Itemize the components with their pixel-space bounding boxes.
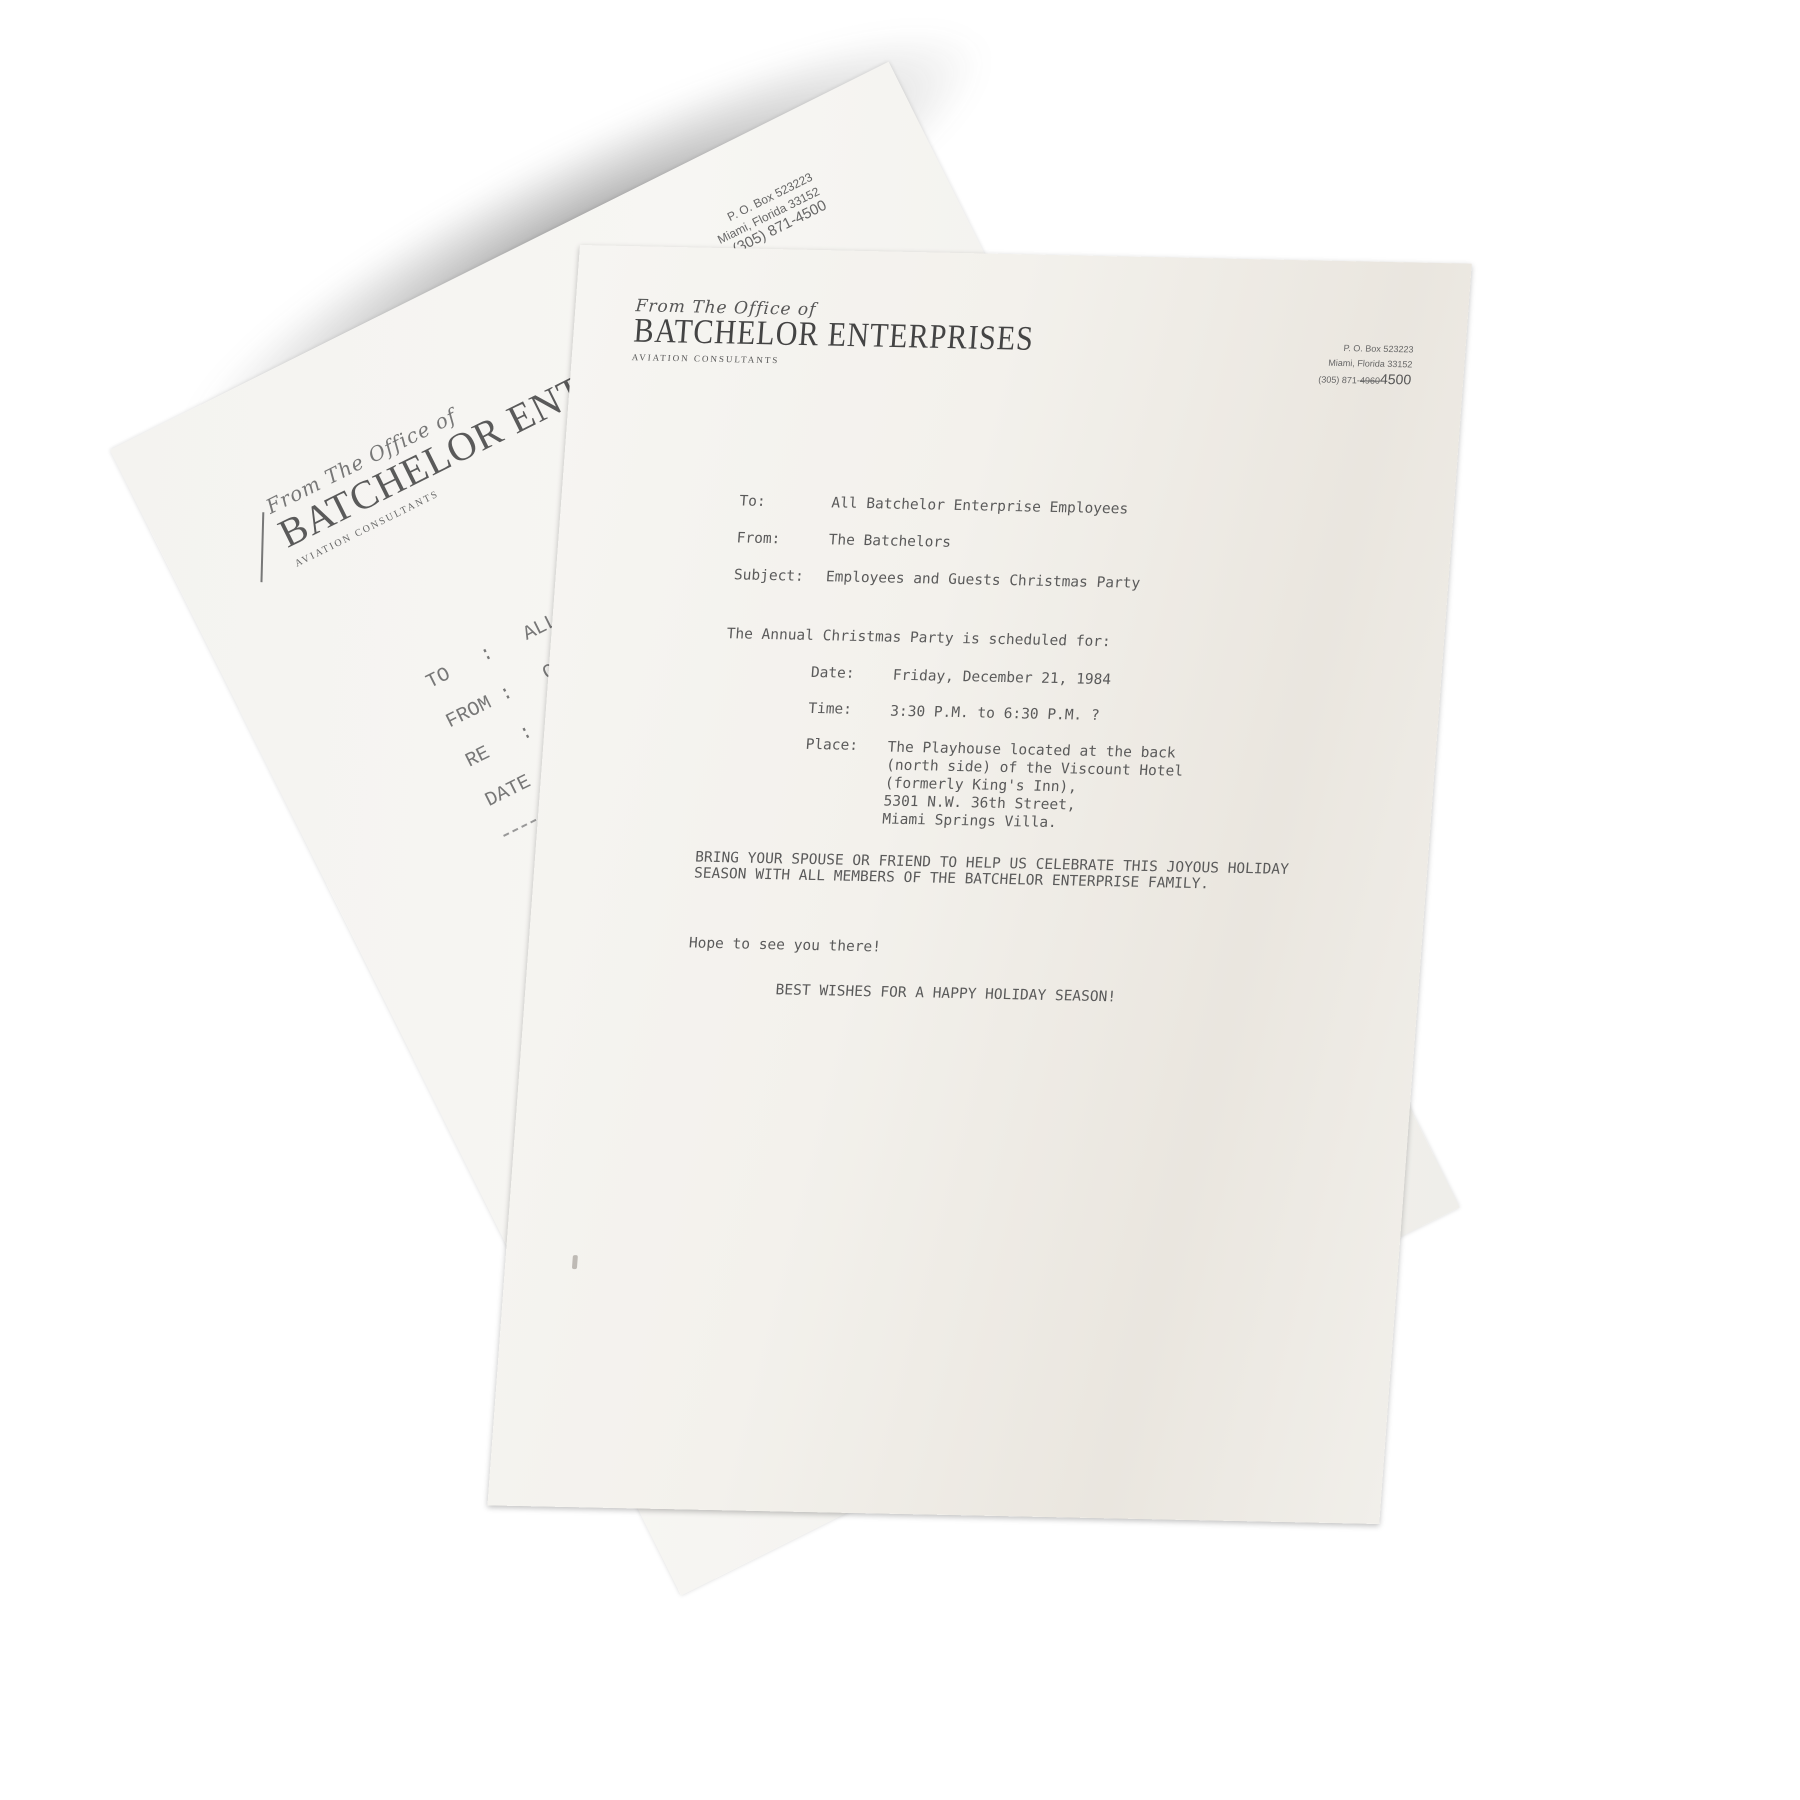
phone-struck-digits: 4960 xyxy=(1360,375,1381,385)
front-invitation-page: From The Office of BATCHELOR ENTERPRISES… xyxy=(487,245,1471,1524)
phone-correction: 4500 xyxy=(1379,371,1411,388)
detail-row-date: Date:Friday, December 21, 1984 xyxy=(810,665,1190,691)
party-details: Date:Friday, December 21, 1984 Time:3:30… xyxy=(798,665,1190,853)
company-name: BATCHELOR ENTERPRISES xyxy=(632,314,1035,357)
detail-row-place: Place:The Playhouse located at the back … xyxy=(800,737,1185,835)
header-label: To: xyxy=(739,493,832,511)
header-row-subject: Subject:Employees and Guests Christmas P… xyxy=(733,567,1140,591)
phone-prefix: (305) 871- xyxy=(1318,374,1360,385)
header-label: Subject: xyxy=(733,567,826,585)
detail-label: Time: xyxy=(808,701,891,721)
header-row-to: To:All Batchelor Enterprise Employees xyxy=(739,493,1146,517)
front-address-block: P. O. Box 523223 Miami, Florida 33152 (3… xyxy=(1261,339,1414,389)
paper-smudge xyxy=(572,1255,578,1269)
closing-line: Hope to see you there! xyxy=(688,935,881,955)
holiday-wishes: BEST WISHES FOR A HAPPY HOLIDAY SEASON! xyxy=(775,982,1117,1005)
header-row-from: From:The Batchelors xyxy=(736,530,1143,554)
detail-label: Date: xyxy=(810,665,893,685)
detail-value: The Playhouse located at the back (north… xyxy=(882,739,1185,835)
header-label: From: xyxy=(736,530,829,548)
front-letterhead: From The Office of BATCHELOR ENTERPRISES… xyxy=(631,296,1036,370)
header-value: All Batchelor Enterprise Employees xyxy=(831,495,1129,517)
detail-row-time: Time:3:30 P.M. to 6:30 P.M. ? xyxy=(808,701,1188,727)
header-value: Employees and Guests Christmas Party xyxy=(825,569,1140,592)
intro-line: The Annual Christmas Party is scheduled … xyxy=(726,626,1111,650)
header-value: The Batchelors xyxy=(828,532,951,551)
pen-check-mark xyxy=(260,512,264,582)
detail-value: Friday, December 21, 1984 xyxy=(892,667,1112,690)
announcement: BRING YOUR SPOUSE OR FRIEND TO HELP US C… xyxy=(693,850,1315,895)
detail-value: 3:30 P.M. to 6:30 P.M. ? xyxy=(890,703,1101,725)
phone: (305) 871-49604500 xyxy=(1261,369,1412,389)
detail-label: Place: xyxy=(800,737,889,829)
memo-header: To:All Batchelor Enterprise Employees Fr… xyxy=(732,493,1146,612)
